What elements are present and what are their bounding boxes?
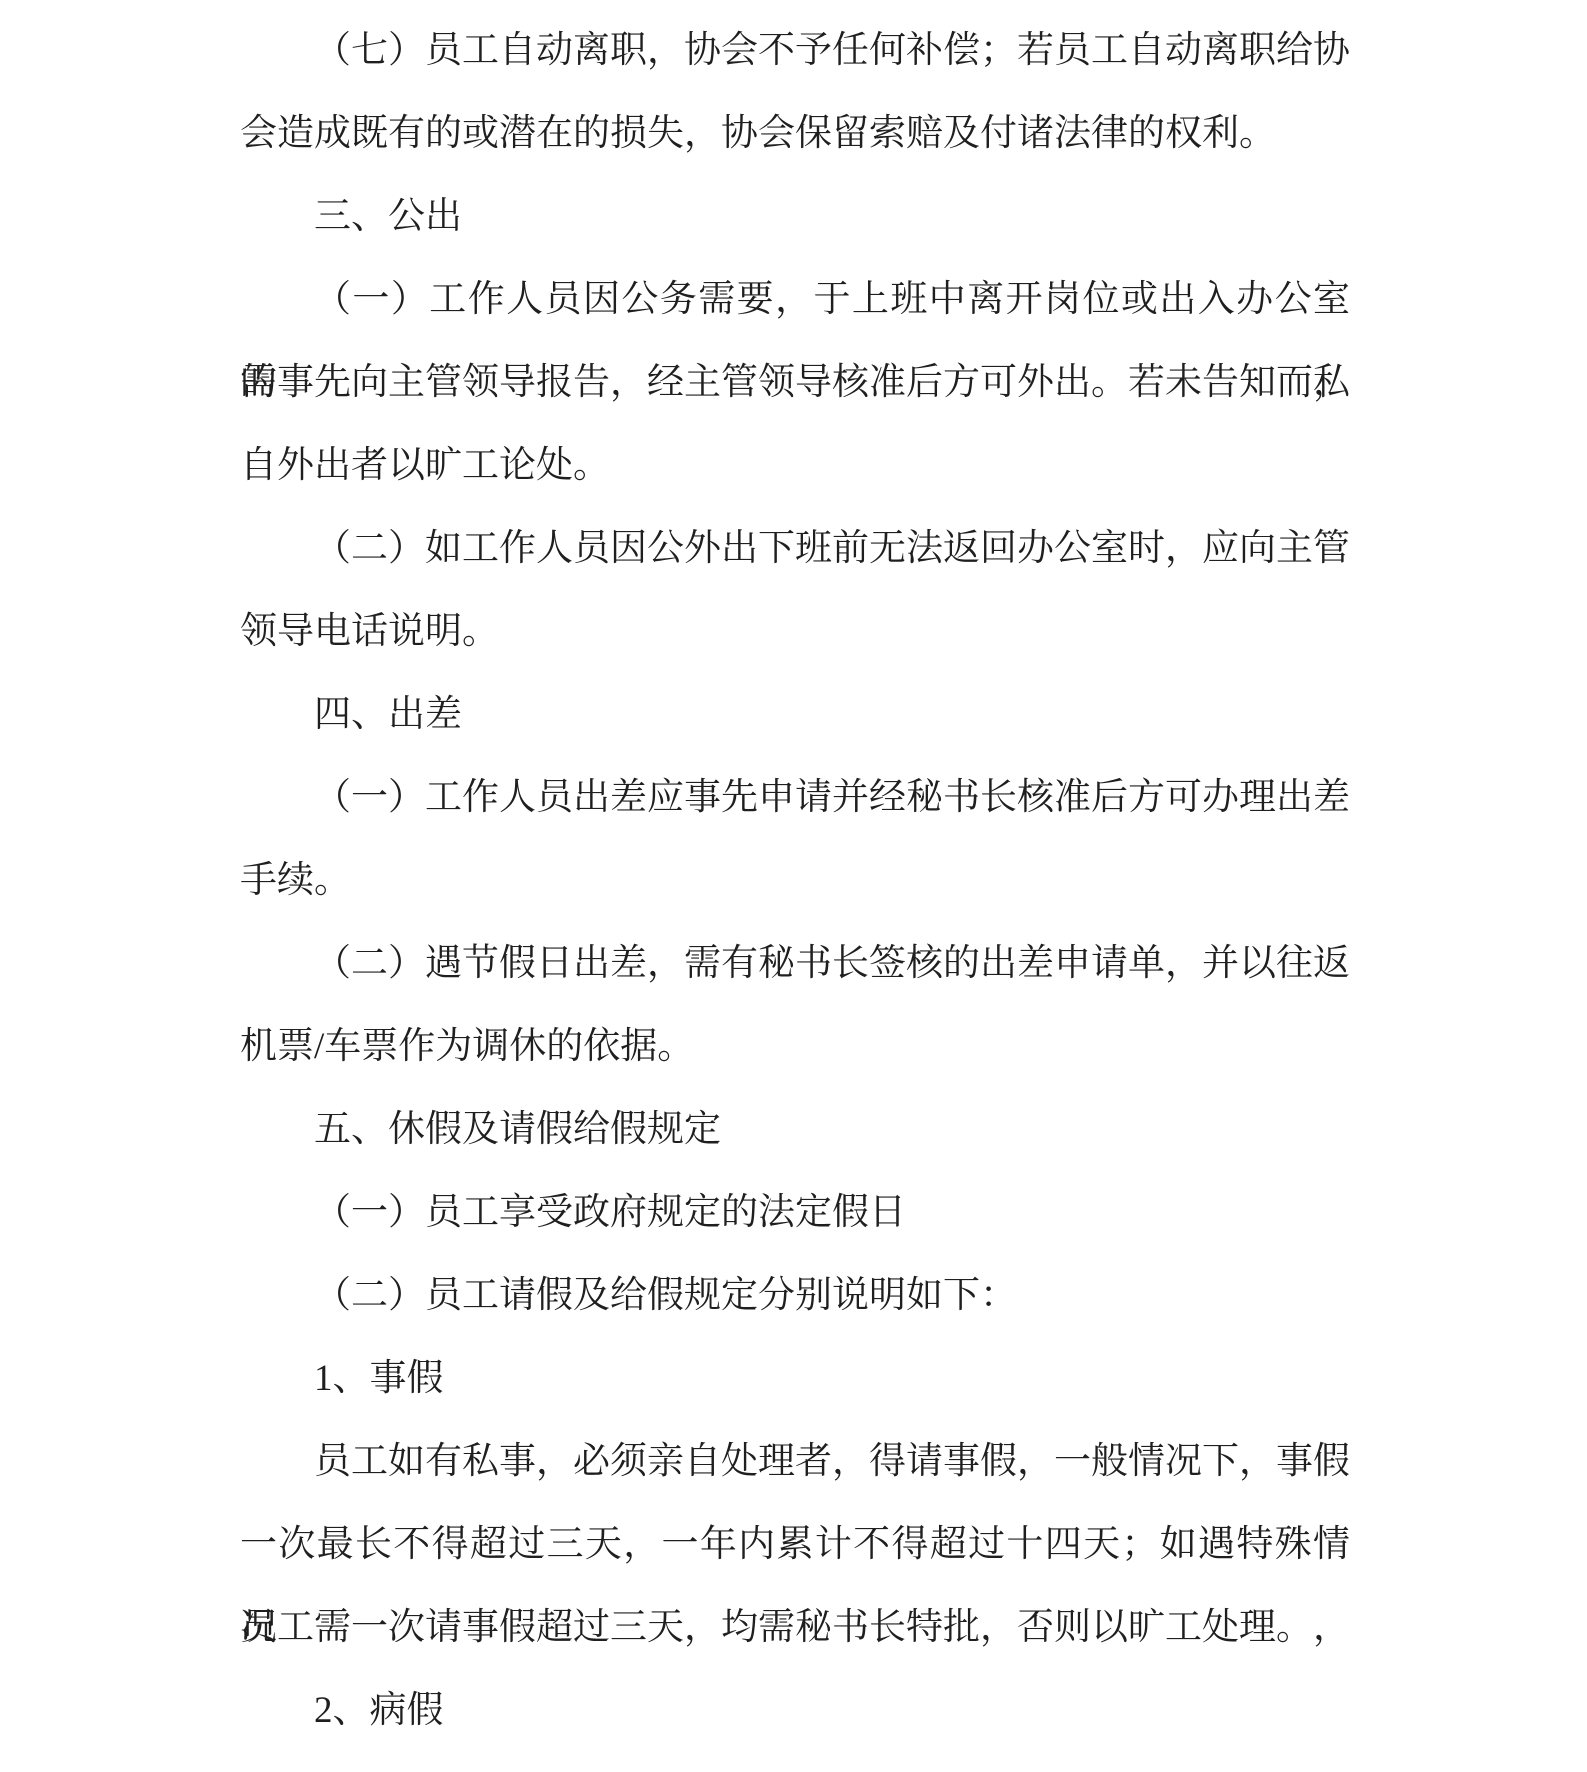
section-heading-line: 三、公出 — [240, 175, 1350, 258]
text-line: 需事先向主管领导报告，经主管领导核准后方可外出。若未告知而私 — [240, 341, 1350, 424]
text-line: 自外出者以旷工论处。 — [240, 424, 1350, 507]
text-line: （一）员工享受政府规定的法定假日 — [240, 1171, 1350, 1254]
document-page: （七）员工自动离职，协会不予任何补偿；若员工自动离职给协会造成既有的或潜在的损失… — [0, 0, 1587, 1772]
text-line: （一）工作人员出差应事先申请并经秘书长核准后方可办理出差 — [240, 756, 1350, 839]
text-line: （二）如工作人员因公外出下班前无法返回办公室时，应向主管 — [240, 507, 1350, 590]
text-line: 员工如有私事，必须亲自处理者，得请事假，一般情况下，事假 — [240, 1420, 1350, 1503]
text-line: 机票/车票作为调休的依据。 — [240, 1005, 1350, 1088]
text-line: （一）工作人员因公务需要，于上班中离开岗位或出入办公室的， — [240, 258, 1350, 341]
text-line: 一次最长不得超过三天，一年内累计不得超过十四天；如遇特殊情况， — [240, 1503, 1350, 1586]
section-heading-line: 四、出差 — [240, 673, 1350, 756]
text-line: 会造成既有的或潜在的损失，协会保留索赔及付诸法律的权利。 — [240, 92, 1350, 175]
text-line: 员工需一次请事假超过三天，均需秘书长特批，否则以旷工处理。 — [240, 1586, 1350, 1669]
text-line: （二）遇节假日出差，需有秘书长签核的出差申请单，并以往返 — [240, 922, 1350, 1005]
text-line: （七）员工自动离职，协会不予任何补偿；若员工自动离职给协 — [240, 9, 1350, 92]
text-line: 领导电话说明。 — [240, 590, 1350, 673]
text-block: （七）员工自动离职，协会不予任何补偿；若员工自动离职给协会造成既有的或潜在的损失… — [240, 9, 1350, 1752]
text-line: 手续。 — [240, 839, 1350, 922]
section-heading-line: 五、休假及请假给假规定 — [240, 1088, 1350, 1171]
text-line: （二）员工请假及给假规定分别说明如下： — [240, 1254, 1350, 1337]
section-heading-line: 1、事假 — [240, 1337, 1350, 1420]
section-heading-line: 2、病假 — [240, 1669, 1350, 1752]
